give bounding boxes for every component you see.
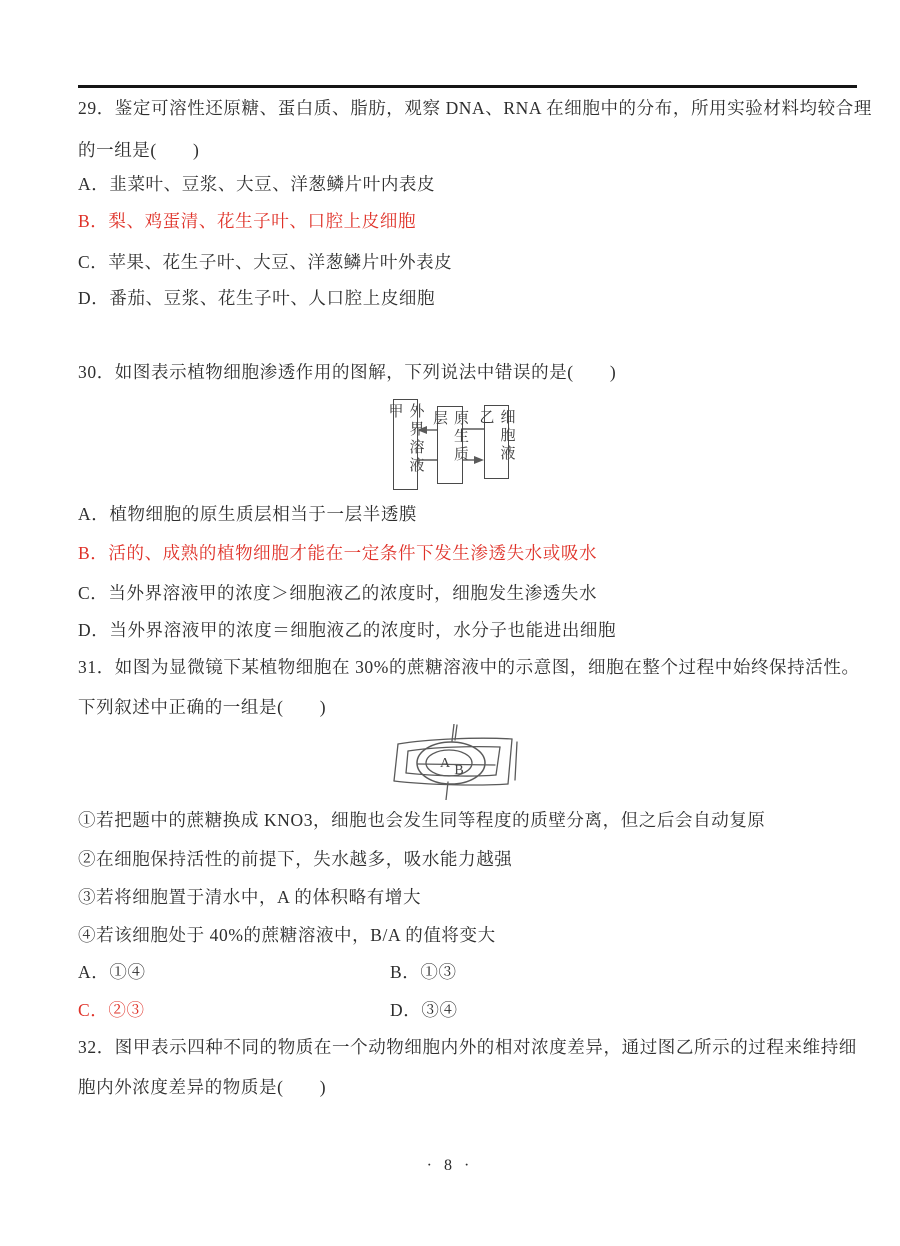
q29-option-c: C．苹果、花生子叶、大豆、洋葱鳞片叶外表皮 [78, 252, 452, 272]
cell-label-a: A [440, 756, 451, 771]
exam-page: 29．鉴定可溶性还原糖、蛋白质、脂肪，观察 DNA、RNA 在细胞中的分布，所用… [0, 0, 900, 1246]
header-rule [78, 85, 857, 88]
q30-option-c: C．当外界溶液甲的浓度＞细胞液乙的浓度时，细胞发生渗透失水 [78, 583, 597, 603]
q30-diagram-connectors [393, 399, 513, 491]
q31-option-b: B．①③ [390, 962, 457, 982]
arrow-left-icon [417, 426, 437, 434]
q31-statement-4: ④若该细胞处于 40%的蔗糖溶液中，B/A 的值将变大 [78, 925, 496, 945]
q30-option-d: D．当外界溶液甲的浓度＝细胞液乙的浓度时，水分子也能进出细胞 [78, 620, 616, 640]
q29-option-d: D．番茄、豆浆、花生子叶、人口腔上皮细胞 [78, 288, 435, 308]
q29-option-b-highlighted: B．梨、鸡蛋清、花生子叶、口腔上皮细胞 [78, 211, 416, 231]
arrow-right-icon [463, 456, 484, 464]
page-number: · 8 · [0, 1157, 900, 1175]
q32-stem-line-1: 32．图甲表示四种不同的物质在一个动物细胞内外的相对浓度差异，通过图乙所示的过程… [78, 1037, 857, 1057]
q31-cell-figure: A B [388, 724, 522, 800]
q29-option-a: A．韭菜叶、豆浆、大豆、洋葱鳞片叶内表皮 [78, 174, 435, 194]
q32-stem-line-2: 胞内外浓度差异的物质是( ) [78, 1077, 326, 1097]
cell-label-b: B [454, 763, 463, 778]
q31-stem-line-2: 下列叙述中正确的一组是( ) [78, 697, 326, 717]
q29-stem-line-1: 29．鉴定可溶性还原糖、蛋白质、脂肪，观察 DNA、RNA 在细胞中的分布，所用… [78, 98, 872, 118]
q30-option-b-highlighted: B．活的、成熟的植物细胞才能在一定条件下发生渗透失水或吸水 [78, 543, 597, 563]
q31-statement-2: ②在细胞保持活性的前提下，失水越多，吸水能力越强 [78, 849, 512, 869]
q31-stem-line-1: 31．如图为显微镜下某植物细胞在 30%的蔗糖溶液中的示意图，细胞在整个过程中始… [78, 657, 860, 677]
q31-option-c-highlighted: C．②③ [78, 1000, 145, 1020]
q31-statement-1: ①若把题中的蔗糖换成 KNO3，细胞也会发生同等程度的质壁分离，但之后会自动复原 [78, 810, 766, 830]
q29-stem-line-2: 的一组是( ) [78, 140, 199, 160]
q30-stem: 30．如图表示植物细胞渗透作用的图解，下列说法中错误的是( ) [78, 362, 616, 382]
q31-option-d: D．③④ [390, 1000, 458, 1020]
q31-option-a: A．①④ [78, 962, 146, 982]
q30-option-a: A．植物细胞的原生质层相当于一层半透膜 [78, 504, 417, 524]
q31-statement-3: ③若将细胞置于清水中，A 的体积略有增大 [78, 887, 421, 907]
